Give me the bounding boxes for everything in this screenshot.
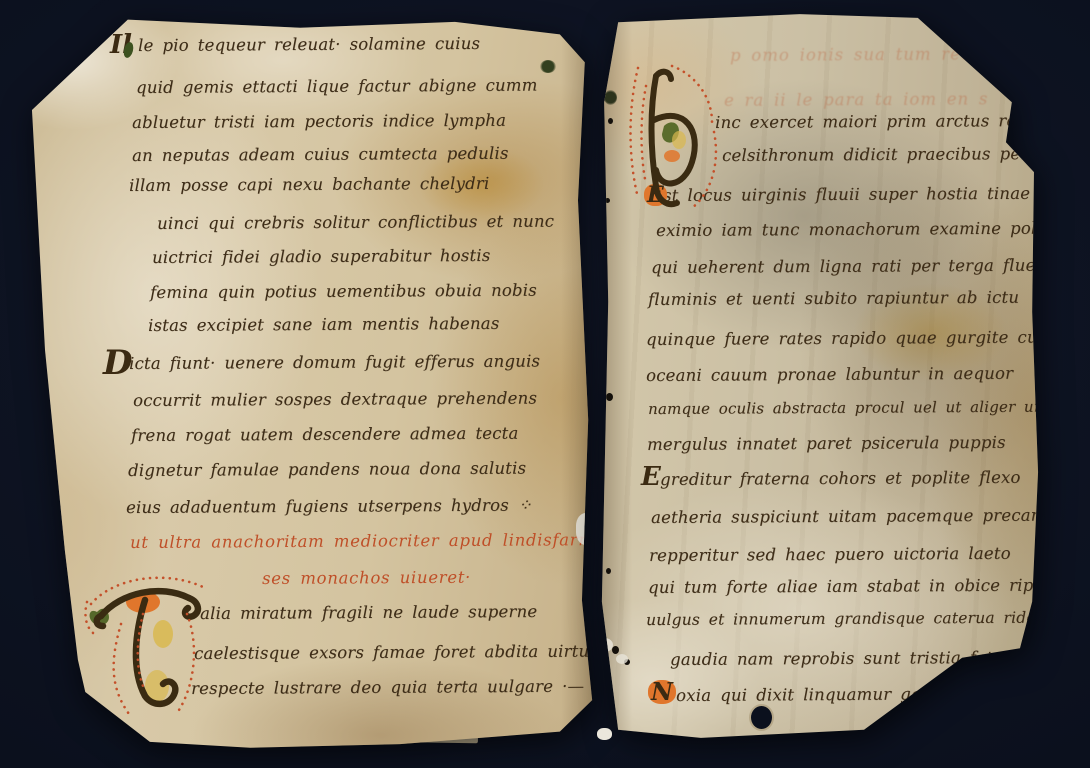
text-line: quinque fuere rates rapido quae gurgite … (646, 327, 1075, 349)
parchment-hole (751, 706, 772, 729)
text-line: caelestisque exsors famae foret abdita u… (194, 642, 598, 663)
text-line: uinci qui crebris solitur conflictibus e… (157, 212, 554, 233)
initial-letter-E: E (641, 464, 661, 490)
text-line: frena rogat uatem descendere admea tecta (131, 424, 519, 445)
text-line: istas excipiet sane iam mentis habenas (148, 314, 500, 335)
initial-H-color-fills (662, 122, 686, 162)
text-line: repperitur sed haec puero uictoria laeto (649, 544, 1011, 565)
text-line: mergulus innatet paret psicerula puppis (647, 433, 1006, 454)
initial-letter-N: N (648, 680, 676, 704)
ink-blot (540, 60, 556, 73)
text-line: quid gemis ettacti lique factur abigne c… (136, 76, 538, 97)
white-flake (616, 654, 628, 664)
text-line: gaudia nam reprobis sunt tristia fata pi… (670, 648, 1042, 669)
text-line: eximio iam tunc monachorum examine polle… (656, 218, 1071, 240)
manuscript-photograph: le pio tequeur releuat· solamine cuiusqu… (0, 0, 1090, 768)
text-line: namque oculis abstracta procul uel ut al… (648, 397, 1066, 418)
rubric-line: ses monachos uiueret· (262, 568, 471, 588)
text-line: illam posse capi nexu bachante chelydri (129, 174, 489, 195)
text-line: an neputas adeam cuius cumtecta pedulis (132, 144, 509, 165)
left-page: le pio tequeur releuat· solamine cuiusqu… (28, 16, 595, 750)
text-line: icta fiunt· uenere domum fugit efferus a… (129, 351, 540, 373)
sewing-hole (605, 198, 610, 203)
white-flake (596, 638, 613, 652)
text-line: oxia qui dixit linquamur gaudia mundi (676, 684, 1021, 705)
text-line: inc exercet maiori prim arctus roboris c… (715, 111, 1090, 132)
text-line: abluetur tristi iam pectoris indice lymp… (132, 111, 506, 132)
sewing-hole (604, 90, 617, 105)
text-line: femina quin potius uementibus obuia nobi… (150, 281, 537, 302)
text-line: eius adaduentum fugiens utserpens hydros… (126, 496, 532, 517)
parchment-chip (597, 728, 612, 740)
left-parchment-leaf: le pio tequeur releuat· solamine cuiusqu… (28, 16, 595, 750)
text-line: fluminis et uenti subito rapiuntur ab ic… (648, 288, 1019, 309)
text-line: dignetur famulae pandens noua dona salut… (128, 459, 526, 480)
text-line: celsithronum didicit praecibus perlustra… (722, 144, 1090, 165)
right-page: p omo ionis sua tum reuu me ra ii le par… (596, 12, 1048, 740)
rubric-line: ut ultra anachoritam mediocriter apud li… (130, 530, 612, 552)
sewing-hole (612, 646, 619, 654)
text-line: respecte lustrare deo quia terta uulgare… (191, 677, 584, 698)
text-line: uictrici fidei gladio superabitur hostis (152, 246, 491, 267)
text-line: qui tum forte aliae iam stabat in obice … (648, 576, 1053, 597)
text-line: aetheria suspiciunt uitam pacemque preca… (651, 505, 1067, 527)
text-line: alia miratum fragili ne laude superne (200, 602, 537, 623)
text-line: oceani cauum pronae labuntur in aequor (646, 364, 1013, 385)
sewing-hole (606, 568, 611, 574)
text-line: occurrit mulier sospes dextraque prehend… (133, 389, 537, 410)
text-line: qui ueherent dum ligna rati per terga fl… (651, 256, 1059, 277)
text-line: greditur fraterna cohors et poplite flex… (660, 468, 1021, 489)
rubric-line: p omo ionis sua tum reuu m (730, 44, 1011, 65)
decorated-initial-T (85, 572, 217, 724)
text-line: uulgus et innumerum grandisque caterua r… (646, 608, 1077, 629)
sewing-hole (608, 118, 613, 124)
decorated-initial-H (626, 66, 724, 218)
sewing-hole (606, 393, 613, 401)
text-line: le pio tequeur releuat· solamine cuius (138, 34, 480, 55)
right-parchment-leaf: p omo ionis sua tum reuu me ra ii le par… (596, 12, 1048, 740)
initial-letter-D: D (103, 346, 132, 380)
rubric-line: e ra ii le para ta iom en s (724, 89, 988, 110)
